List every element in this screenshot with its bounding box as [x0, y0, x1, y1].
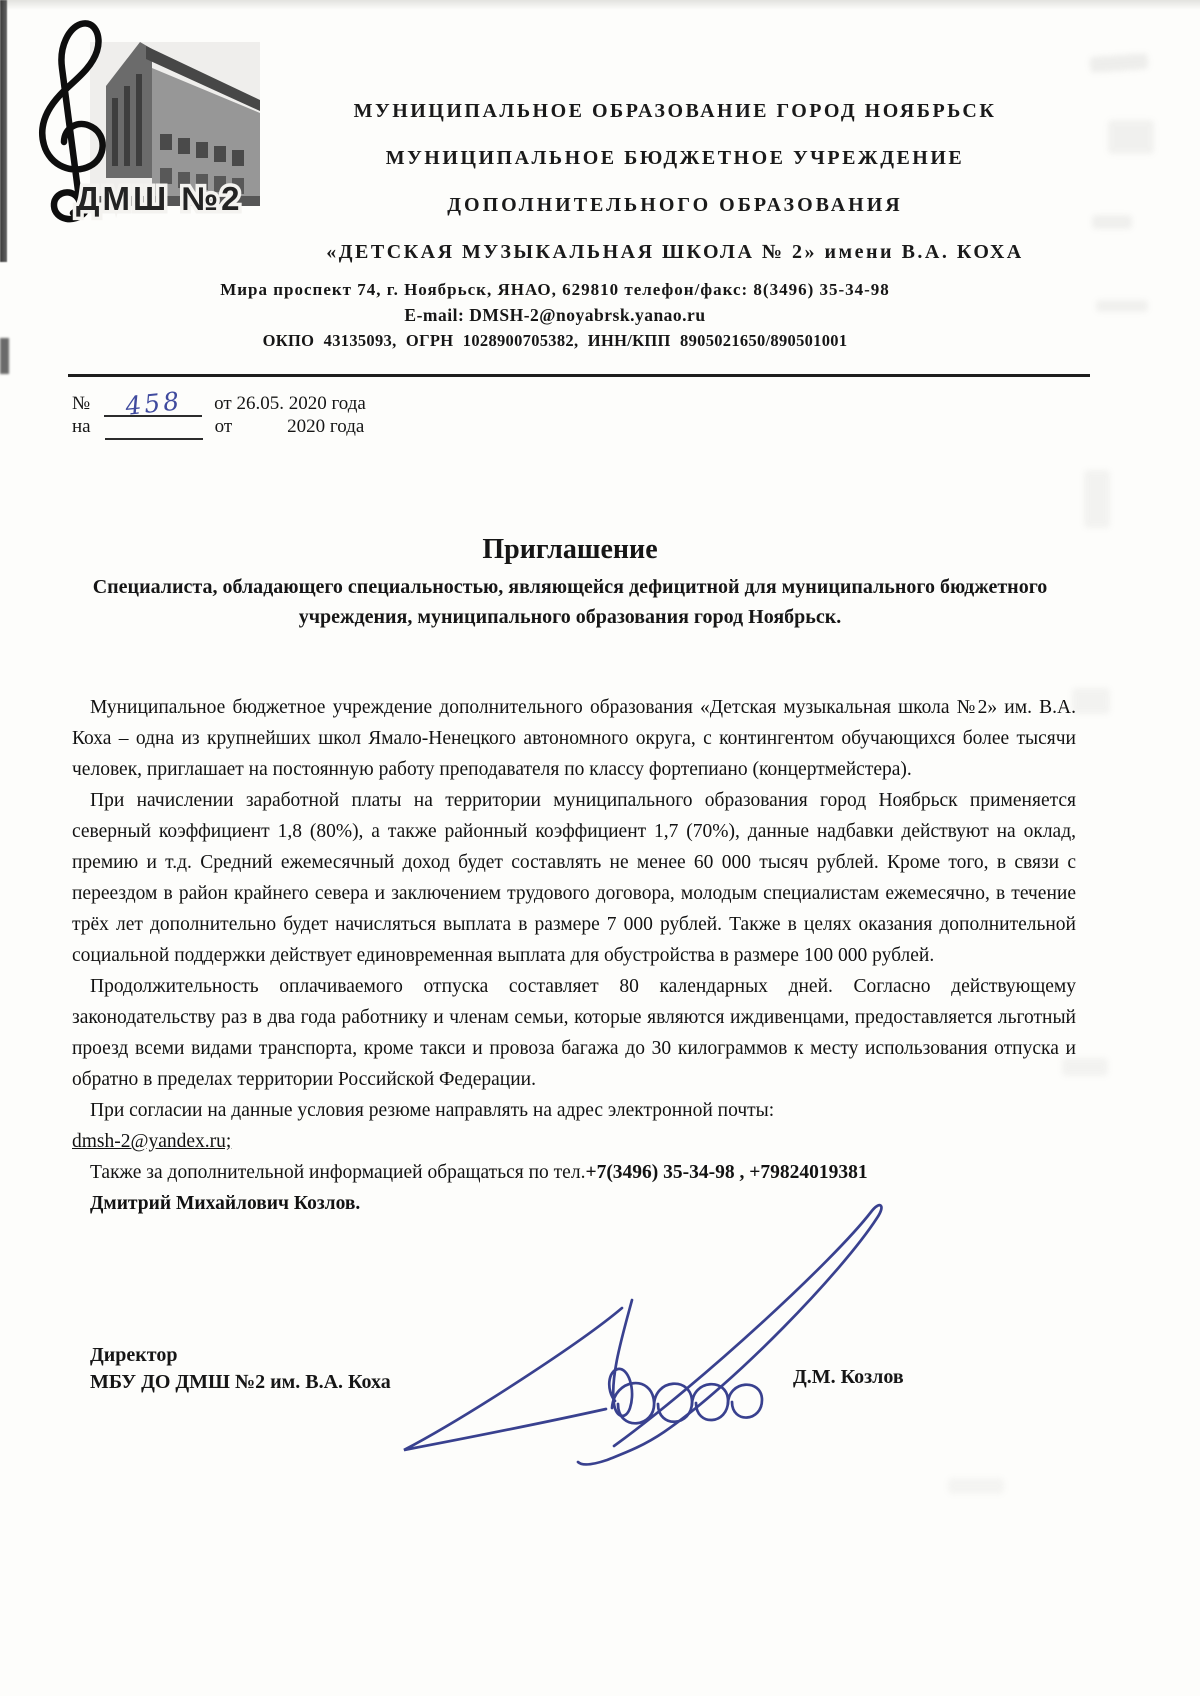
- school-logo: ДМШ №2: [28, 16, 264, 228]
- contact-phones: +7(3496) 35-34-98 , +79824019381: [585, 1162, 867, 1183]
- bleed-through-smudge: [1096, 300, 1148, 312]
- signer-position-line1: Директор: [90, 1342, 391, 1369]
- bleed-through-smudge: [1090, 53, 1149, 73]
- number-underline: 458: [104, 386, 202, 417]
- signer-position-line2: МБУ ДО ДМШ №2 им. В.А. Коха: [90, 1369, 391, 1396]
- body-paragraph: Продолжительность оплачиваемого отпуска …: [72, 971, 1076, 1095]
- scan-artifact: [0, 0, 1200, 10]
- bleed-through-smudge: [1084, 470, 1110, 528]
- logo-caption: ДМШ №2: [76, 180, 242, 217]
- org-line-3: ДОПОЛНИТЕЛЬНОГО ОБРАЗОВАНИЯ: [235, 182, 1115, 229]
- scan-edge-shadow: [0, 0, 7, 262]
- body-paragraph: Муниципальное бюджетное учреждение допол…: [72, 692, 1076, 785]
- scan-artifact: [0, 338, 9, 374]
- number-label: №: [72, 393, 90, 415]
- org-line-1: МУНИЦИПАЛЬНОЕ ОБРАЗОВАНИЕ ГОРОД НОЯБРЬСК: [235, 88, 1115, 135]
- letterhead-divider: [68, 374, 1090, 377]
- handwritten-number: 458: [124, 386, 183, 421]
- signer-position: Директор МБУ ДО ДМШ №2 им. В.А. Коха: [90, 1342, 391, 1396]
- number-date: от 26.05. 2020 года: [214, 393, 366, 415]
- reply-underline: [105, 416, 203, 440]
- incoming-number-row: на от 2020 года: [72, 416, 366, 446]
- scanned-letter-page: ДМШ №2 МУНИЦИПАЛЬНОЕ ОБРАЗОВАНИЕ ГОРОД Н…: [0, 0, 1200, 1696]
- reference-block: № 458 от 26.05. 2020 года на от 2020 год…: [72, 386, 366, 446]
- address-line: Мира проспект 74, г. Ноябрьск, ЯНАО, 629…: [55, 280, 1055, 300]
- contact-phone-prefix: Также за дополнительной информацией обра…: [90, 1162, 585, 1183]
- bleed-through-smudge: [1072, 688, 1110, 714]
- contact-person-name: Дмитрий Михайлович Козлов.: [90, 1193, 360, 1214]
- email-value: DMSH-2@noyabrsk.yanao.ru: [469, 305, 705, 325]
- reply-from-label: от: [215, 416, 233, 438]
- document-subtitle: Специалиста, обладающего специальностью,…: [90, 572, 1050, 632]
- handwritten-signature: [382, 1182, 902, 1477]
- document-title: Приглашение: [90, 534, 1050, 566]
- email-line: E-mail: DMSH-2@noyabrsk.yanao.ru: [55, 305, 1055, 326]
- outgoing-number-row: № 458 от 26.05. 2020 года: [72, 386, 366, 416]
- email-label: E-mail:: [404, 305, 464, 325]
- signer-name: Д.М. Козлов: [793, 1366, 904, 1389]
- contact-email-line: dmsh-2@yandex.ru;: [72, 1126, 1076, 1157]
- letter-body: Муниципальное бюджетное учреждение допол…: [72, 692, 1076, 1219]
- reply-label: на: [72, 416, 91, 438]
- contact-email: dmsh-2@yandex.ru;: [72, 1131, 231, 1152]
- letterhead-org-lines: МУНИЦИПАЛЬНОЕ ОБРАЗОВАНИЕ ГОРОД НОЯБРЬСК…: [235, 88, 1115, 276]
- bleed-through-smudge: [948, 1478, 1004, 1494]
- org-line-4: «ДЕТСКАЯ МУЗЫКАЛЬНАЯ ШКОЛА № 2» имени В.…: [235, 229, 1115, 276]
- body-paragraph: При согласии на данные условия резюме на…: [72, 1095, 1076, 1126]
- letterhead-contacts: Мира проспект 74, г. Ноябрьск, ЯНАО, 629…: [55, 280, 1055, 351]
- body-paragraph: При начислении заработной платы на терри…: [72, 785, 1076, 971]
- org-line-2: МУНИЦИПАЛЬНОЕ БЮДЖЕТНОЕ УЧРЕЖДЕНИЕ: [235, 135, 1115, 182]
- registry-line: ОКПО 43135093, ОГРН 1028900705382, ИНН/К…: [55, 331, 1055, 351]
- reply-year: 2020 года: [287, 416, 364, 438]
